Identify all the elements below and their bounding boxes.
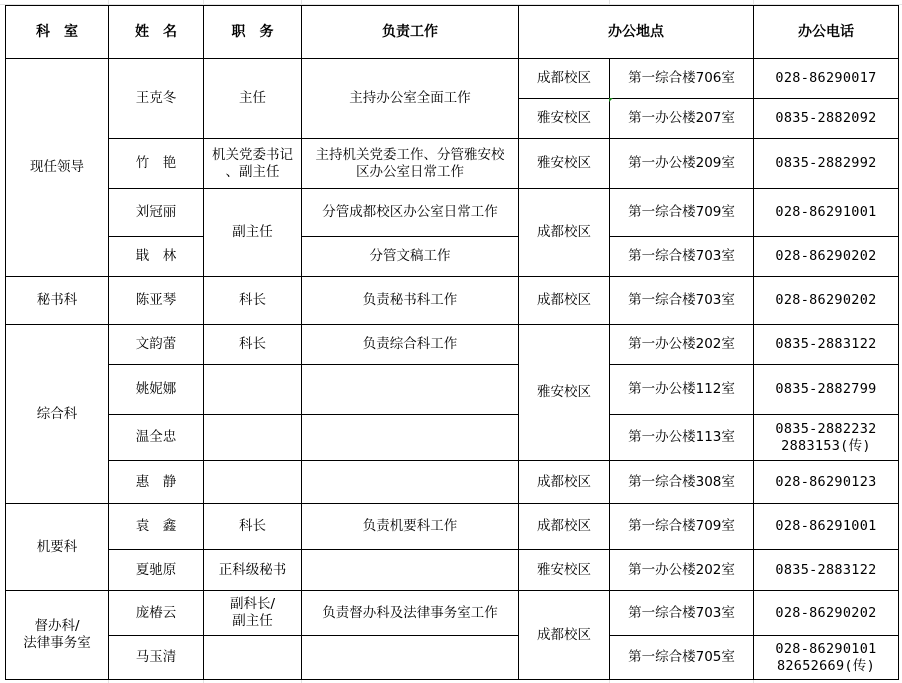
- cell-department[interactable]: 综合科: [6, 325, 109, 504]
- cell-office[interactable]: 第一综合楼703室: [610, 591, 754, 636]
- cell-phone[interactable]: 0835-2882092: [754, 99, 899, 139]
- cell-name[interactable]: 温全忠: [109, 415, 204, 461]
- table-row: 戢 林 分管文稿工作 第一综合楼703室 028-86290202: [6, 237, 899, 277]
- table-row: 综合科 文韵蕾 科长 负责综合科工作 雅安校区 第一办公楼202室 0835-2…: [6, 325, 899, 365]
- cell-office[interactable]: 第一综合楼709室: [610, 189, 754, 237]
- cell-phone[interactable]: 0835-2883122: [754, 550, 899, 591]
- cell-duties[interactable]: [302, 415, 519, 461]
- cell-campus[interactable]: 成都校区: [519, 504, 610, 550]
- cell-duties[interactable]: [302, 461, 519, 504]
- cell-office[interactable]: 第一综合楼709室: [610, 504, 754, 550]
- cell-phone[interactable]: 028-86290202: [754, 277, 899, 325]
- cell-position[interactable]: 机关党委书记 、副主任: [204, 139, 302, 189]
- cell-duties[interactable]: 负责督办科及法律事务室工作: [302, 591, 519, 636]
- header-name[interactable]: 姓 名: [109, 6, 204, 59]
- cell-office[interactable]: 第一办公楼207室: [610, 99, 754, 139]
- table-row: 刘冠丽 副主任 分管成都校区办公室日常工作 成都校区 第一综合楼709室 028…: [6, 189, 899, 237]
- cell-phone[interactable]: 028-86290123: [754, 461, 899, 504]
- header-phone[interactable]: 办公电话: [754, 6, 899, 59]
- header-location[interactable]: 办公地点: [519, 6, 754, 59]
- cell-campus[interactable]: 成都校区: [519, 461, 610, 504]
- cell-duties[interactable]: [302, 550, 519, 591]
- cell-office[interactable]: 第一综合楼706室: [610, 59, 754, 99]
- cell-position[interactable]: 科长: [204, 325, 302, 365]
- cell-campus[interactable]: 雅安校区: [519, 325, 610, 461]
- cell-position[interactable]: [204, 365, 302, 415]
- cell-duties[interactable]: [302, 636, 519, 680]
- cell-duties[interactable]: 负责综合科工作: [302, 325, 519, 365]
- cell-name[interactable]: 庞椿云: [109, 591, 204, 636]
- cell-name[interactable]: 文韵蕾: [109, 325, 204, 365]
- cell-phone[interactable]: 0835-2882232 2883153(传): [754, 415, 899, 461]
- cell-campus[interactable]: 成都校区: [519, 189, 610, 277]
- cell-name[interactable]: 刘冠丽: [109, 189, 204, 237]
- cell-position[interactable]: 科长: [204, 504, 302, 550]
- cell-phone[interactable]: 028-86291001: [754, 189, 899, 237]
- cell-position[interactable]: 正科级秘书: [204, 550, 302, 591]
- table-row: 现任领导 王克冬 主任 主持办公室全面工作 成都校区 第一综合楼706室 028…: [6, 59, 899, 99]
- cell-campus[interactable]: 成都校区: [519, 59, 610, 99]
- cell-campus[interactable]: 雅安校区: [519, 99, 610, 139]
- comment-indicator-icon: [609, 98, 613, 102]
- cell-name[interactable]: 袁 鑫: [109, 504, 204, 550]
- header-duties[interactable]: 负责工作: [302, 6, 519, 59]
- cell-position[interactable]: 科长: [204, 277, 302, 325]
- cell-name[interactable]: 马玉清: [109, 636, 204, 680]
- cell-office[interactable]: 第一办公楼113室: [610, 415, 754, 461]
- cell-campus[interactable]: 成都校区: [519, 591, 610, 680]
- cell-phone[interactable]: 028-86290202: [754, 237, 899, 277]
- cell-name[interactable]: 竹 艳: [109, 139, 204, 189]
- cell-position[interactable]: [204, 415, 302, 461]
- office-directory-table: 科 室 姓 名 职 务 负责工作 办公地点 办公电话 现任领导 王克冬 主任 主…: [5, 5, 899, 680]
- cell-position[interactable]: [204, 636, 302, 680]
- table-row: 机要科 袁 鑫 科长 负责机要科工作 成都校区 第一综合楼709室 028-86…: [6, 504, 899, 550]
- cell-duties[interactable]: [302, 365, 519, 415]
- table-row: 夏驰原 正科级秘书 雅安校区 第一办公楼202室 0835-2883122: [6, 550, 899, 591]
- cell-office[interactable]: 第一综合楼703室: [610, 237, 754, 277]
- cell-office[interactable]: 第一办公楼202室: [610, 325, 754, 365]
- cell-duties[interactable]: 主持机关党委工作、分管雅安校 区办公室日常工作: [302, 139, 519, 189]
- table-row: 姚妮娜 第一办公楼112室 0835-2882799: [6, 365, 899, 415]
- cell-phone[interactable]: 028-86290017: [754, 59, 899, 99]
- cell-department[interactable]: 机要科: [6, 504, 109, 591]
- header-row: 科 室 姓 名 职 务 负责工作 办公地点 办公电话: [6, 6, 899, 59]
- table-row: 督办科/ 法律事务室 庞椿云 副科长/ 副主任 负责督办科及法律事务室工作 成都…: [6, 591, 899, 636]
- cell-name[interactable]: 姚妮娜: [109, 365, 204, 415]
- cell-name[interactable]: 陈亚琴: [109, 277, 204, 325]
- cell-phone[interactable]: 0835-2883122: [754, 325, 899, 365]
- cell-duties[interactable]: 分管文稿工作: [302, 237, 519, 277]
- header-position[interactable]: 职 务: [204, 6, 302, 59]
- table-row: 温全忠 第一办公楼113室 0835-2882232 2883153(传): [6, 415, 899, 461]
- cell-office[interactable]: 第一综合楼703室: [610, 277, 754, 325]
- cell-office[interactable]: 第一办公楼112室: [610, 365, 754, 415]
- header-department[interactable]: 科 室: [6, 6, 109, 59]
- table-row: 惠 静 成都校区 第一综合楼308室 028-86290123: [6, 461, 899, 504]
- cell-duties[interactable]: 分管成都校区办公室日常工作: [302, 189, 519, 237]
- cell-position[interactable]: 主任: [204, 59, 302, 139]
- cell-position[interactable]: 副科长/ 副主任: [204, 591, 302, 636]
- cell-phone[interactable]: 0835-2882992: [754, 139, 899, 189]
- cell-phone[interactable]: 0835-2882799: [754, 365, 899, 415]
- table-row: 马玉清 第一综合楼705室 028-86290101 82652669(传): [6, 636, 899, 680]
- cell-phone[interactable]: 028-86290202: [754, 591, 899, 636]
- cell-campus[interactable]: 雅安校区: [519, 139, 610, 189]
- cell-duties[interactable]: 负责秘书科工作: [302, 277, 519, 325]
- cell-position[interactable]: 副主任: [204, 189, 302, 277]
- cell-office[interactable]: 第一综合楼308室: [610, 461, 754, 504]
- cell-office[interactable]: 第一办公楼202室: [610, 550, 754, 591]
- cell-department[interactable]: 秘书科: [6, 277, 109, 325]
- cell-name[interactable]: 戢 林: [109, 237, 204, 277]
- cell-campus[interactable]: 成都校区: [519, 277, 610, 325]
- cell-name[interactable]: 惠 静: [109, 461, 204, 504]
- cell-name[interactable]: 王克冬: [109, 59, 204, 139]
- cell-campus[interactable]: 雅安校区: [519, 550, 610, 591]
- cell-name[interactable]: 夏驰原: [109, 550, 204, 591]
- cell-office[interactable]: 第一办公楼209室: [610, 139, 754, 189]
- cell-department[interactable]: 现任领导: [6, 59, 109, 277]
- table-row: 秘书科 陈亚琴 科长 负责秘书科工作 成都校区 第一综合楼703室 028-86…: [6, 277, 899, 325]
- cell-phone[interactable]: 028-86291001: [754, 504, 899, 550]
- table-row: 竹 艳 机关党委书记 、副主任 主持机关党委工作、分管雅安校 区办公室日常工作 …: [6, 139, 899, 189]
- cell-position[interactable]: [204, 461, 302, 504]
- cell-duties[interactable]: 负责机要科工作: [302, 504, 519, 550]
- cell-office[interactable]: 第一综合楼705室: [610, 636, 754, 680]
- cell-duties[interactable]: 主持办公室全面工作: [302, 59, 519, 139]
- cell-department[interactable]: 督办科/ 法律事务室: [6, 591, 109, 680]
- cell-phone[interactable]: 028-86290101 82652669(传): [754, 636, 899, 680]
